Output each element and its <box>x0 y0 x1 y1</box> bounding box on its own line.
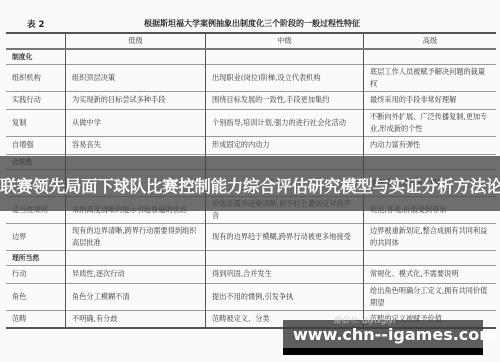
table-header-row: 低级 中级 高级 <box>6 33 496 49</box>
row-name: 行动 <box>6 265 66 283</box>
cell-mid: 现有的边界趋于模糊,跨界行动被更多地接受 <box>206 223 364 250</box>
cell-low: 现有的边界清晰,跨界行动需要得到组织高层批准 <box>66 223 206 250</box>
cell-high: 底层工作人员被赋予解决问题的裁量权 <box>364 64 497 91</box>
section-label: 制度化 <box>6 49 66 64</box>
table-row: 自增强 容易丧失 形成固定的内动力 内动力富有弹性 <box>6 136 496 154</box>
cell-low: 角色分工模糊不清 <box>66 283 206 310</box>
row-name: 范畴 <box>6 310 66 328</box>
cell-low: 不明确,有分歧 <box>66 310 206 328</box>
cell-mid: 出现职业(岗位)阶梯,设立代表机构 <box>206 64 364 91</box>
header-high: 高级 <box>364 33 497 49</box>
cell-mid: 得到巩固,合并发生 <box>206 265 364 283</box>
row-name: 边界 <box>6 223 66 250</box>
cell-high: 内动力富有弹性 <box>364 136 497 154</box>
banner-title: 联赛领先局面下球队比赛控制能力综合评估研究模型与实证分析方法论 <box>0 173 500 197</box>
cell-low: 异质性,逐次行动 <box>66 265 206 283</box>
cell-low: 容易丧失 <box>66 136 206 154</box>
cell-high: 不断向外扩展、广泛传播复制,更加专业,形成新的个性 <box>364 109 497 136</box>
cell-high: 常规化、模式化,不需要说明 <box>364 265 497 283</box>
cell-high: 最终采用的手段非常好理解 <box>364 91 497 109</box>
cell-low: 组织顶层决策 <box>66 64 206 91</box>
table-row: 角色 角色分工模糊不清 提出不用的惯例,引发争执 给出角色明确分工定义,拥有共同… <box>6 283 496 310</box>
table-row: 边界 现有的边界清晰,跨界行动需要得到组织高层批准 现有的边界趋于模糊,跨界行动… <box>6 223 496 250</box>
cell-mid: 形成固定的内动力 <box>206 136 364 154</box>
row-name: 实践行动 <box>6 91 66 109</box>
table-row: 组织机构 组织顶层决策 出现职业(岗位)阶梯,设立代表机构 底层工作人员被赋予解… <box>6 64 496 91</box>
table-row: 实践行动 为实现新的目标尝试多种手段 围绕目标发展的一致性,手段更加集约 最终采… <box>6 91 496 109</box>
watermark: 微信号: diyixgiyi www.chn--igames.com <box>283 320 483 355</box>
cell-high: 给出角色明确分工定义,拥有共同价值期望 <box>364 283 497 310</box>
section-row: 制度化 <box>6 49 496 64</box>
table-title: 根据斯坦福大学案例抽象出制度化三个阶段的一般过程性特征 <box>122 18 382 29</box>
watermark-url: www.chn--igames.com <box>293 325 496 344</box>
cell-low: 从做中学 <box>66 109 206 136</box>
cell-high: 边界被重新划定,整合成拥有共同利益的共同体 <box>364 223 497 250</box>
section-label: 理所当然 <box>6 250 66 265</box>
header-mid: 中级 <box>206 33 364 49</box>
table-number: 表 2 <box>27 18 44 30</box>
table-row: 复制 从做中学 个别指导,培训计划,强力的进行社会化活动 不断向外扩展、广泛传播… <box>6 109 496 136</box>
header-low: 低级 <box>66 33 206 49</box>
watermark-bar <box>283 348 483 355</box>
row-name: 角色 <box>6 283 66 310</box>
row-name: 组织机构 <box>6 64 66 91</box>
cell-mid: 提出不用的惯例,引发争执 <box>206 283 364 310</box>
cell-mid: 个别指导,培训计划,强力的进行社会化活动 <box>206 109 364 136</box>
cell-low: 为实现新的目标尝试多种手段 <box>66 91 206 109</box>
header-blank <box>6 33 66 49</box>
cell-mid: 围绕目标发展的一致性,手段更加集约 <box>206 91 364 109</box>
row-name: 复制 <box>6 109 66 136</box>
table-row: 行动 异质性,逐次行动 得到巩固,合并发生 常规化、模式化,不需要说明 <box>6 265 496 283</box>
section-row: 理所当然 <box>6 250 496 265</box>
row-name: 自增强 <box>6 136 66 154</box>
